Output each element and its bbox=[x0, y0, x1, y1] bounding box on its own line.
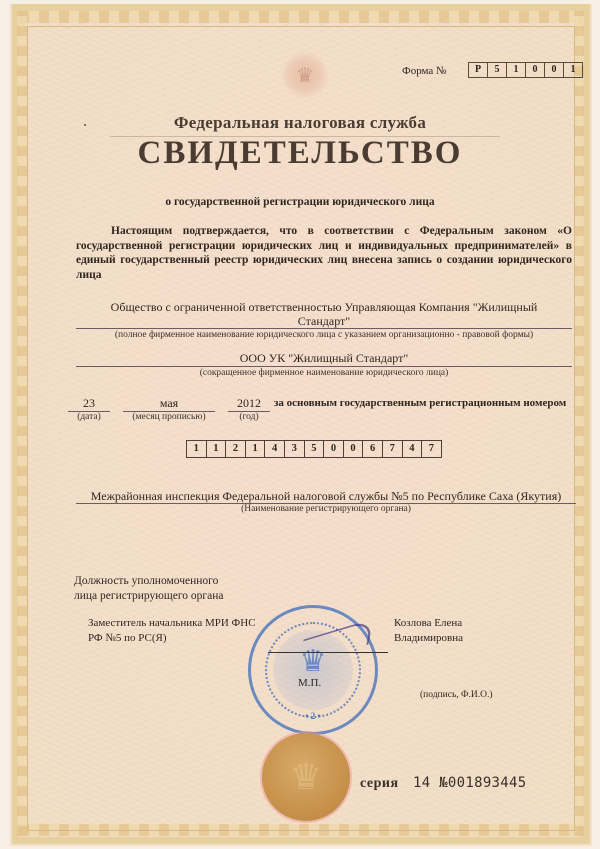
ogrn-digit: 5 bbox=[305, 441, 325, 457]
ogrn-digit: 4 bbox=[265, 441, 285, 457]
official-position-label: Должность уполномоченного лица регистрир… bbox=[74, 574, 223, 604]
position-label-line1: Должность уполномоченного bbox=[74, 574, 223, 589]
official-title-line2: РФ №5 по РС(Я) bbox=[88, 631, 256, 646]
day-caption: (дата) bbox=[62, 412, 116, 422]
official-name-line1: Козлова Елена bbox=[394, 616, 463, 631]
registration-month: мая bbox=[123, 396, 215, 411]
registration-day: 23 bbox=[68, 396, 110, 411]
position-label-line2: лица регистрирующего органа bbox=[74, 589, 223, 604]
state-emblem-icon: ♛ bbox=[282, 52, 328, 98]
registering-authority: Межрайонная инспекция Федеральной налого… bbox=[76, 489, 576, 504]
ogrn-digit: 1 bbox=[187, 441, 207, 457]
form-code-digit: 0 bbox=[545, 63, 564, 77]
official-title: Заместитель начальника МРИ ФНС РФ №5 по … bbox=[88, 616, 256, 646]
ogrn-digit: 1 bbox=[207, 441, 227, 457]
ogrn-digit: 1 bbox=[246, 441, 266, 457]
short-name-underline bbox=[76, 366, 572, 367]
ogrn-digit: 2 bbox=[226, 441, 246, 457]
short-name-caption: (сокращенное фирменное наименование юрид… bbox=[76, 368, 572, 378]
agency-name: Федеральная налоговая служба bbox=[0, 113, 600, 133]
ogrn-digit: 3 bbox=[285, 441, 305, 457]
document-subtitle: о государственной регистрации юридическо… bbox=[0, 196, 600, 208]
series-label: серия bbox=[360, 776, 399, 792]
ogrn-digit: 4 bbox=[403, 441, 423, 457]
form-number-code: Р51001 bbox=[468, 62, 583, 78]
gold-emblem-seal-icon: ♛ bbox=[262, 733, 350, 821]
ogrn-number: 1121435006747 bbox=[186, 440, 442, 458]
form-code-digit: 5 bbox=[488, 63, 507, 77]
series-number: 14 №001893445 bbox=[413, 775, 526, 791]
form-code-digit: 1 bbox=[564, 63, 582, 77]
signature-caption: (подпись, Ф.И.О.) bbox=[420, 690, 493, 700]
stamp-place-label: М.П. bbox=[298, 677, 321, 689]
form-number-label: Форма № bbox=[402, 65, 447, 77]
ogrn-digit: 6 bbox=[363, 441, 383, 457]
year-caption: (год) bbox=[228, 412, 270, 422]
official-title-line1: Заместитель начальника МРИ ФНС bbox=[88, 616, 256, 631]
form-code-digit: Р bbox=[469, 63, 488, 77]
ogrn-digit: 7 bbox=[383, 441, 403, 457]
short-name-value: ООО УК "Жилищный Стандарт" bbox=[76, 351, 572, 366]
registration-year: 2012 bbox=[228, 396, 270, 411]
ogrn-label: за основным государственным регистрацион… bbox=[274, 397, 566, 409]
month-caption: (месяц прописью) bbox=[118, 412, 220, 422]
document-title: СВИДЕТЕЛЬСТВО bbox=[0, 135, 600, 172]
official-name: Козлова Елена Владимировна bbox=[394, 616, 463, 646]
full-name-underline bbox=[76, 328, 572, 329]
ornament-border-top bbox=[19, 11, 583, 23]
stamp-number: • 2 • bbox=[251, 711, 375, 721]
official-name-line2: Владимировна bbox=[394, 631, 463, 646]
full-name-line2: Стандарт" bbox=[76, 314, 572, 329]
authority-caption: (Наименование регистрирующего органа) bbox=[76, 504, 576, 514]
ogrn-digit: 0 bbox=[344, 441, 364, 457]
intro-paragraph: Настоящим подтверждается, что в соответс… bbox=[76, 224, 572, 282]
ogrn-digit: 7 bbox=[422, 441, 441, 457]
form-code-digit: 0 bbox=[526, 63, 545, 77]
full-name-line1: Общество с ограниченной ответственностью… bbox=[76, 300, 572, 315]
full-name-caption: (полное фирменное наименование юридическ… bbox=[76, 330, 572, 340]
ogrn-digit: 0 bbox=[324, 441, 344, 457]
form-code-digit: 1 bbox=[507, 63, 526, 77]
